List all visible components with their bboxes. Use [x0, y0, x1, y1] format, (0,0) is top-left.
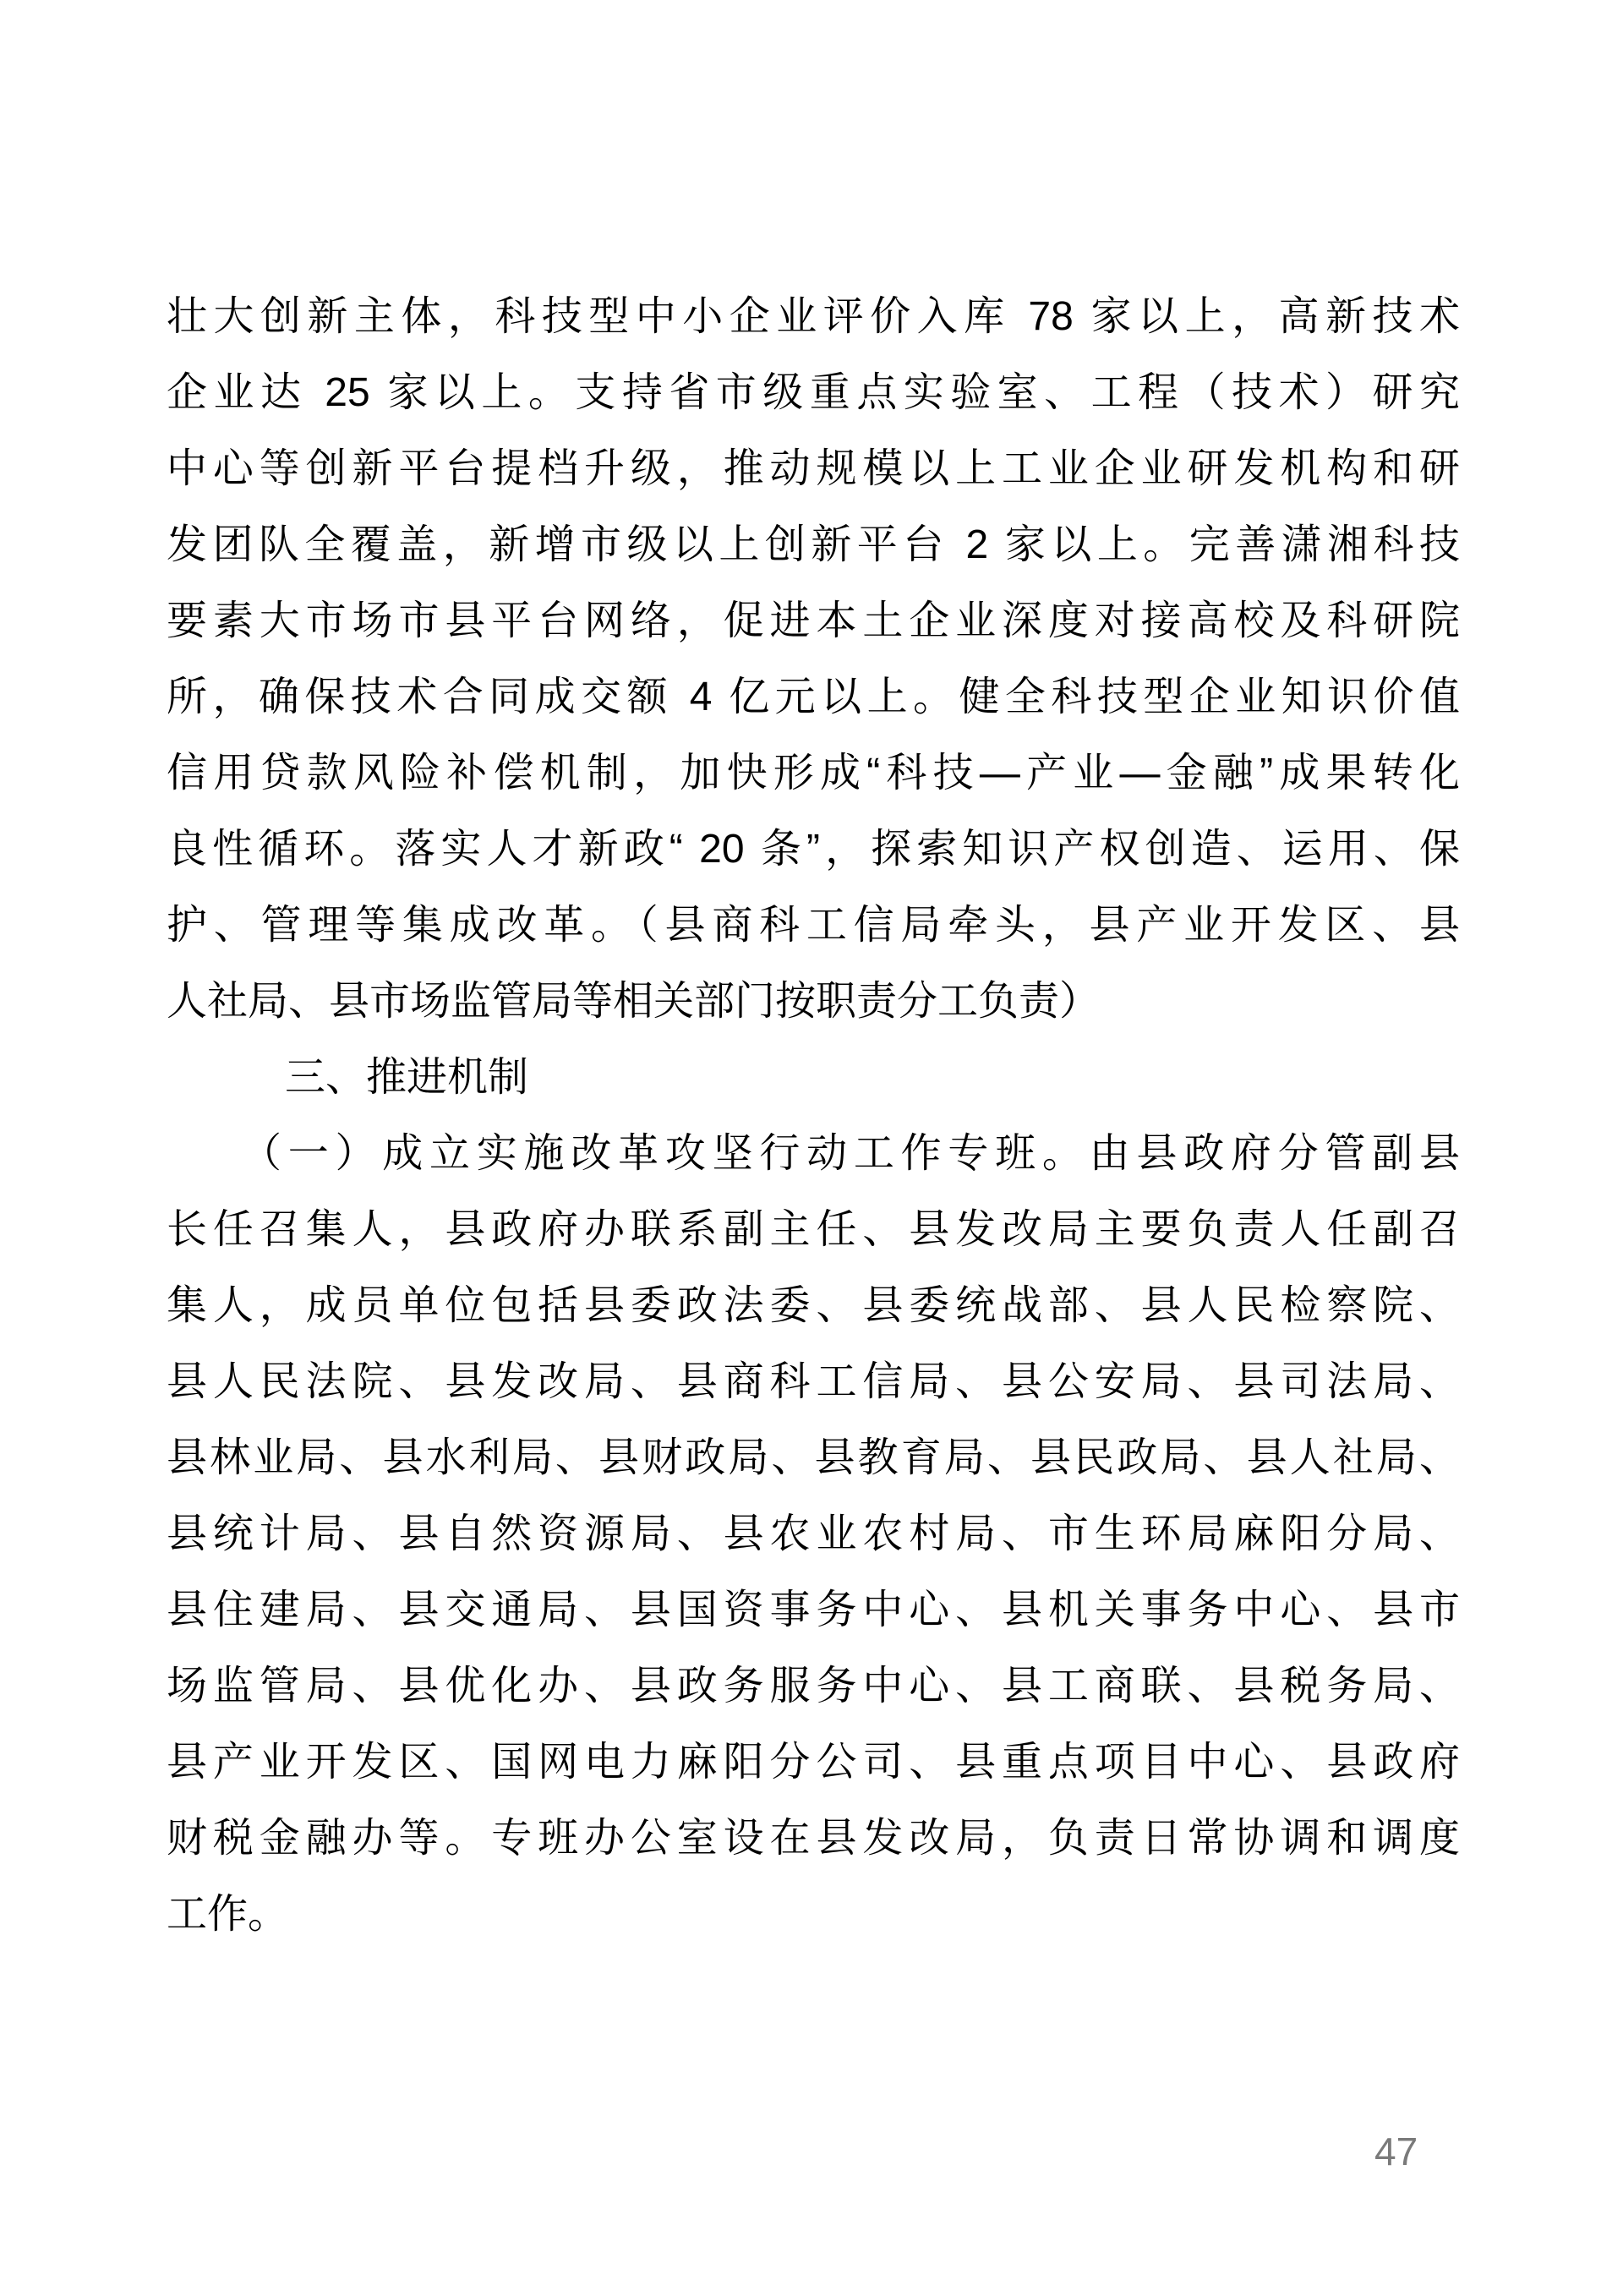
text-line: 工作。	[167, 1877, 1460, 1953]
text-line: 集人，成员单位包括县委政法委、县委统战部、县人民检察院、	[167, 1268, 1460, 1344]
document-page: 壮大创新主体，科技型中小企业评价入库 78 家以上，高新技术 企业达 25 家以…	[0, 0, 1623, 2296]
text-line: 场监管局、县优化办、县政务服务中心、县工商联、县税务局、	[167, 1648, 1460, 1725]
text-line: 发团队全覆盖，新增市级以上创新平台 2 家以上。完善潇湘科技	[167, 507, 1460, 583]
text-line: 中心等创新平台提档升级，推动规模以上工业企业研发机构和研	[167, 431, 1460, 507]
text-line: 护、管理等集成改革。（县商科工信局牵头，县产业开发区、县	[167, 888, 1460, 964]
text-line: 县林业局、县水利局、县财政局、县教育局、县民政局、县人社局、	[167, 1420, 1460, 1496]
text-line: 企业达 25 家以上。支持省市级重点实验室、工程（技术）研究	[167, 355, 1460, 431]
text-line: 要素大市场市县平台网络，促进本土企业深度对接高校及科研院	[167, 583, 1460, 659]
section-heading: 三、推进机制	[167, 1040, 1460, 1116]
text-line: 县产业开发区、国网电力麻阳分公司、县重点项目中心、县政府	[167, 1725, 1460, 1801]
text-line: 长任召集人，县政府办联系副主任、县发改局主要负责人任副召	[167, 1192, 1460, 1268]
text-block: 壮大创新主体，科技型中小企业评价入库 78 家以上，高新技术 企业达 25 家以…	[167, 279, 1460, 1953]
text-line: 财税金融办等。专班办公室设在县发改局，负责日常协调和调度	[167, 1801, 1460, 1877]
text-line: 良性循环。落实人才新政“ 20 条”，探索知识产权创造、运用、保	[167, 812, 1460, 888]
text-line: 壮大创新主体，科技型中小企业评价入库 78 家以上，高新技术	[167, 279, 1460, 355]
text-line: 县统计局、县自然资源局、县农业农村局、市生环局麻阳分局、	[167, 1496, 1460, 1572]
page-number: 47	[1374, 2130, 1418, 2173]
text-line: （一）成立实施改革攻坚行动工作专班。由县政府分管副县	[167, 1116, 1460, 1192]
text-line: 人社局、县市场监管局等相关部门按职责分工负责）	[167, 964, 1460, 1040]
text-line: 县人民法院、县发改局、县商科工信局、县公安局、县司法局、	[167, 1344, 1460, 1420]
text-line: 所，确保技术合同成交额 4 亿元以上。健全科技型企业知识价值	[167, 659, 1460, 735]
text-line: 信用贷款风险补偿机制，加快形成“科技—产业—金融”成果转化	[167, 735, 1460, 812]
text-line: 县住建局、县交通局、县国资事务中心、县机关事务中心、县市	[167, 1572, 1460, 1648]
